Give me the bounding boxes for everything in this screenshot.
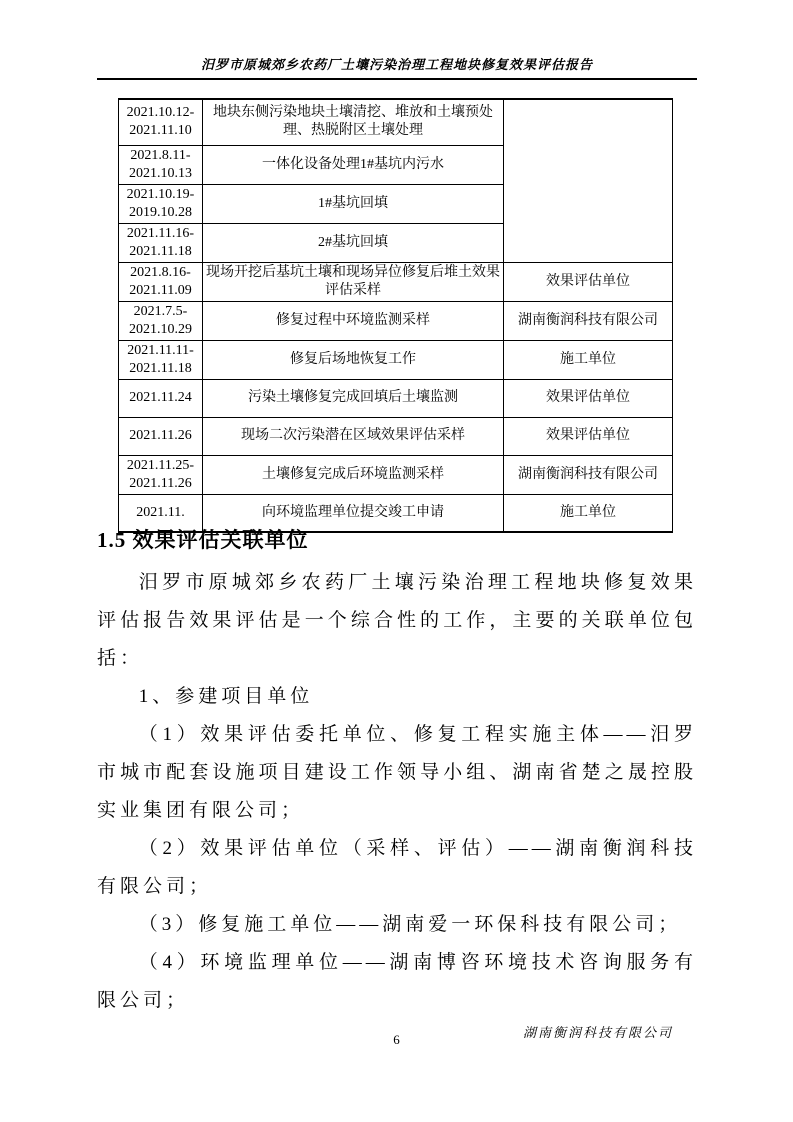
date-line: 2021.11.10 [122,122,199,140]
org-cell: 施工单位 [504,340,673,379]
paragraph-intro: 汨罗市原城郊乡农药厂土壤污染治理工程地块修复效果评估报告效果评估是一个综合性的工… [97,564,697,678]
table-row: 2021.7.5- 2021.10.29 修复过程中环境监测采样 湖南衡润科技有… [119,301,673,340]
activity-cell: 现场开挖后基坑土壤和现场异位修复后堆土效果评估采样 [203,262,504,301]
org-cell: 湖南衡润科技有限公司 [504,301,673,340]
date-cell: 2021.11.16- 2021.11.18 [119,223,203,262]
date-line: 2021.11.18 [122,360,199,378]
date-line: 2021.8.11- [122,147,199,165]
date-line: 2021.11.25- [122,457,199,475]
paragraph-unit-4: （4）环境监理单位——湖南博咨环境技术咨询服务有限公司； [97,944,697,1020]
date-line: 2021.8.16- [122,264,199,282]
date-line: 2021.11.16- [122,225,199,243]
paragraph-unit-3: （3）修复施工单位——湖南爱一环保科技有限公司； [97,906,697,944]
activity-cell: 一体化设备处理1#基坑内污水 [203,145,504,184]
document-page: 汨罗市原城郊乡农药厂土壤污染治理工程地块修复效果评估报告 2021.10.12-… [0,0,793,1122]
date-line: 2021.10.12- [122,104,199,122]
date-cell: 2021.11.26 [119,417,203,455]
date-cell: 2021.7.5- 2021.10.29 [119,301,203,340]
page-header-title: 汨罗市原城郊乡农药厂土壤污染治理工程地块修复效果评估报告 [97,54,697,80]
date-line: 2021.11.18 [122,243,199,261]
date-line: 2021.11.09 [122,282,199,300]
table-row: 2021.11.25- 2021.11.26 土壤修复完成后环境监测采样 湖南衡… [119,455,673,494]
date-line: 2021.10.29 [122,321,199,339]
date-cell: 2021.10.12- 2021.11.10 [119,99,203,145]
date-cell: 2021.8.11- 2021.10.13 [119,145,203,184]
date-cell: 2021.11.24 [119,379,203,417]
table-row: 2021.11.24 污染土壤修复完成回填后土壤监测 效果评估单位 [119,379,673,417]
activity-cell: 1#基坑回填 [203,184,504,223]
table-row: 2021.10.12- 2021.11.10 地块东侧污染地块土壤清挖、堆放和土… [119,99,673,145]
org-cell-merged [504,99,673,262]
activity-cell: 现场二次污染潜在区域效果评估采样 [203,417,504,455]
schedule-table: 2021.10.12- 2021.11.10 地块东侧污染地块土壤清挖、堆放和土… [118,98,673,533]
activity-cell: 地块东侧污染地块土壤清挖、堆放和土壤预处理、热脱附区土壤处理 [203,99,504,145]
paragraph-unit-1: （1）效果评估委托单位、修复工程实施主体——汨罗市城市配套设施项目建设工作领导小… [97,716,697,830]
activity-cell: 土壤修复完成后环境监测采样 [203,455,504,494]
date-line: 2021.11. [122,504,199,522]
section-1-5: 1.5 效果评估关联单位 汨罗市原城郊乡农药厂土壤污染治理工程地块修复效果评估报… [97,527,697,1020]
date-line: 2021.10.13 [122,165,199,183]
date-cell: 2021.11.25- 2021.11.26 [119,455,203,494]
table-row: 2021.11.11- 2021.11.18 修复后场地恢复工作 施工单位 [119,340,673,379]
org-cell: 效果评估单位 [504,379,673,417]
activity-cell: 污染土壤修复完成回填后土壤监测 [203,379,504,417]
date-cell: 2021.11.11- 2021.11.18 [119,340,203,379]
date-line: 2019.10.28 [122,204,199,222]
date-line: 2021.11.26 [122,427,199,445]
activity-cell: 修复过程中环境监测采样 [203,301,504,340]
footer-page-number: 6 [0,1032,793,1048]
org-cell: 湖南衡润科技有限公司 [504,455,673,494]
org-cell: 效果评估单位 [504,262,673,301]
date-line: 2021.11.11- [122,342,199,360]
date-line: 2021.11.26 [122,475,199,493]
activity-cell: 2#基坑回填 [203,223,504,262]
activity-cell: 修复后场地恢复工作 [203,340,504,379]
table-row: 2021.11.26 现场二次污染潜在区域效果评估采样 效果评估单位 [119,417,673,455]
section-heading: 1.5 效果评估关联单位 [97,527,697,554]
date-line: 2021.10.19- [122,186,199,204]
date-cell: 2021.10.19- 2019.10.28 [119,184,203,223]
paragraph-unit-2: （2）效果评估单位（采样、评估）——湖南衡润科技有限公司； [97,830,697,906]
org-cell: 效果评估单位 [504,417,673,455]
date-cell: 2021.8.16- 2021.11.09 [119,262,203,301]
table-row: 2021.8.16- 2021.11.09 现场开挖后基坑土壤和现场异位修复后堆… [119,262,673,301]
paragraph-list-title: 1、参建项目单位 [97,678,697,716]
date-line: 2021.7.5- [122,303,199,321]
date-line: 2021.11.24 [122,389,199,407]
